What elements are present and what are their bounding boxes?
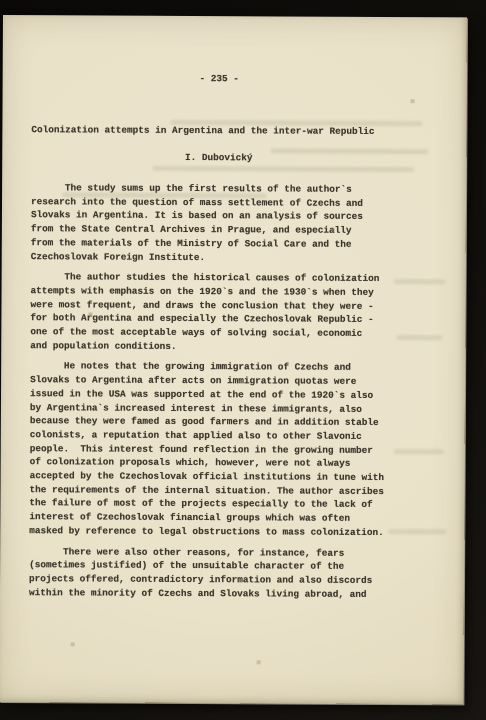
paragraph: There were also other reasons, for insta… <box>29 545 407 602</box>
bleedthrough-smudge <box>388 529 446 534</box>
bleedthrough-smudge <box>62 192 267 198</box>
page-number: - 235 - <box>32 72 407 85</box>
bleedthrough-smudge <box>270 148 428 154</box>
document-body: The study sums up the first results of t… <box>29 181 409 608</box>
bleedthrough-smudge <box>396 335 442 340</box>
paragraph: He notes that the growing immigration of… <box>29 360 408 540</box>
paper-speck <box>3 15 5 17</box>
document-title: Colonization attempts in Argentina and t… <box>31 124 451 137</box>
bleedthrough-smudge <box>394 449 444 454</box>
bleedthrough-smudge <box>394 279 446 284</box>
document-page: - 235 - Colonization attempts in Argenti… <box>0 15 467 704</box>
scanned-page-background: - 235 - Colonization attempts in Argenti… <box>0 0 486 720</box>
bleedthrough-smudge <box>152 166 414 172</box>
paragraph: The author studies the historical causes… <box>30 270 408 354</box>
